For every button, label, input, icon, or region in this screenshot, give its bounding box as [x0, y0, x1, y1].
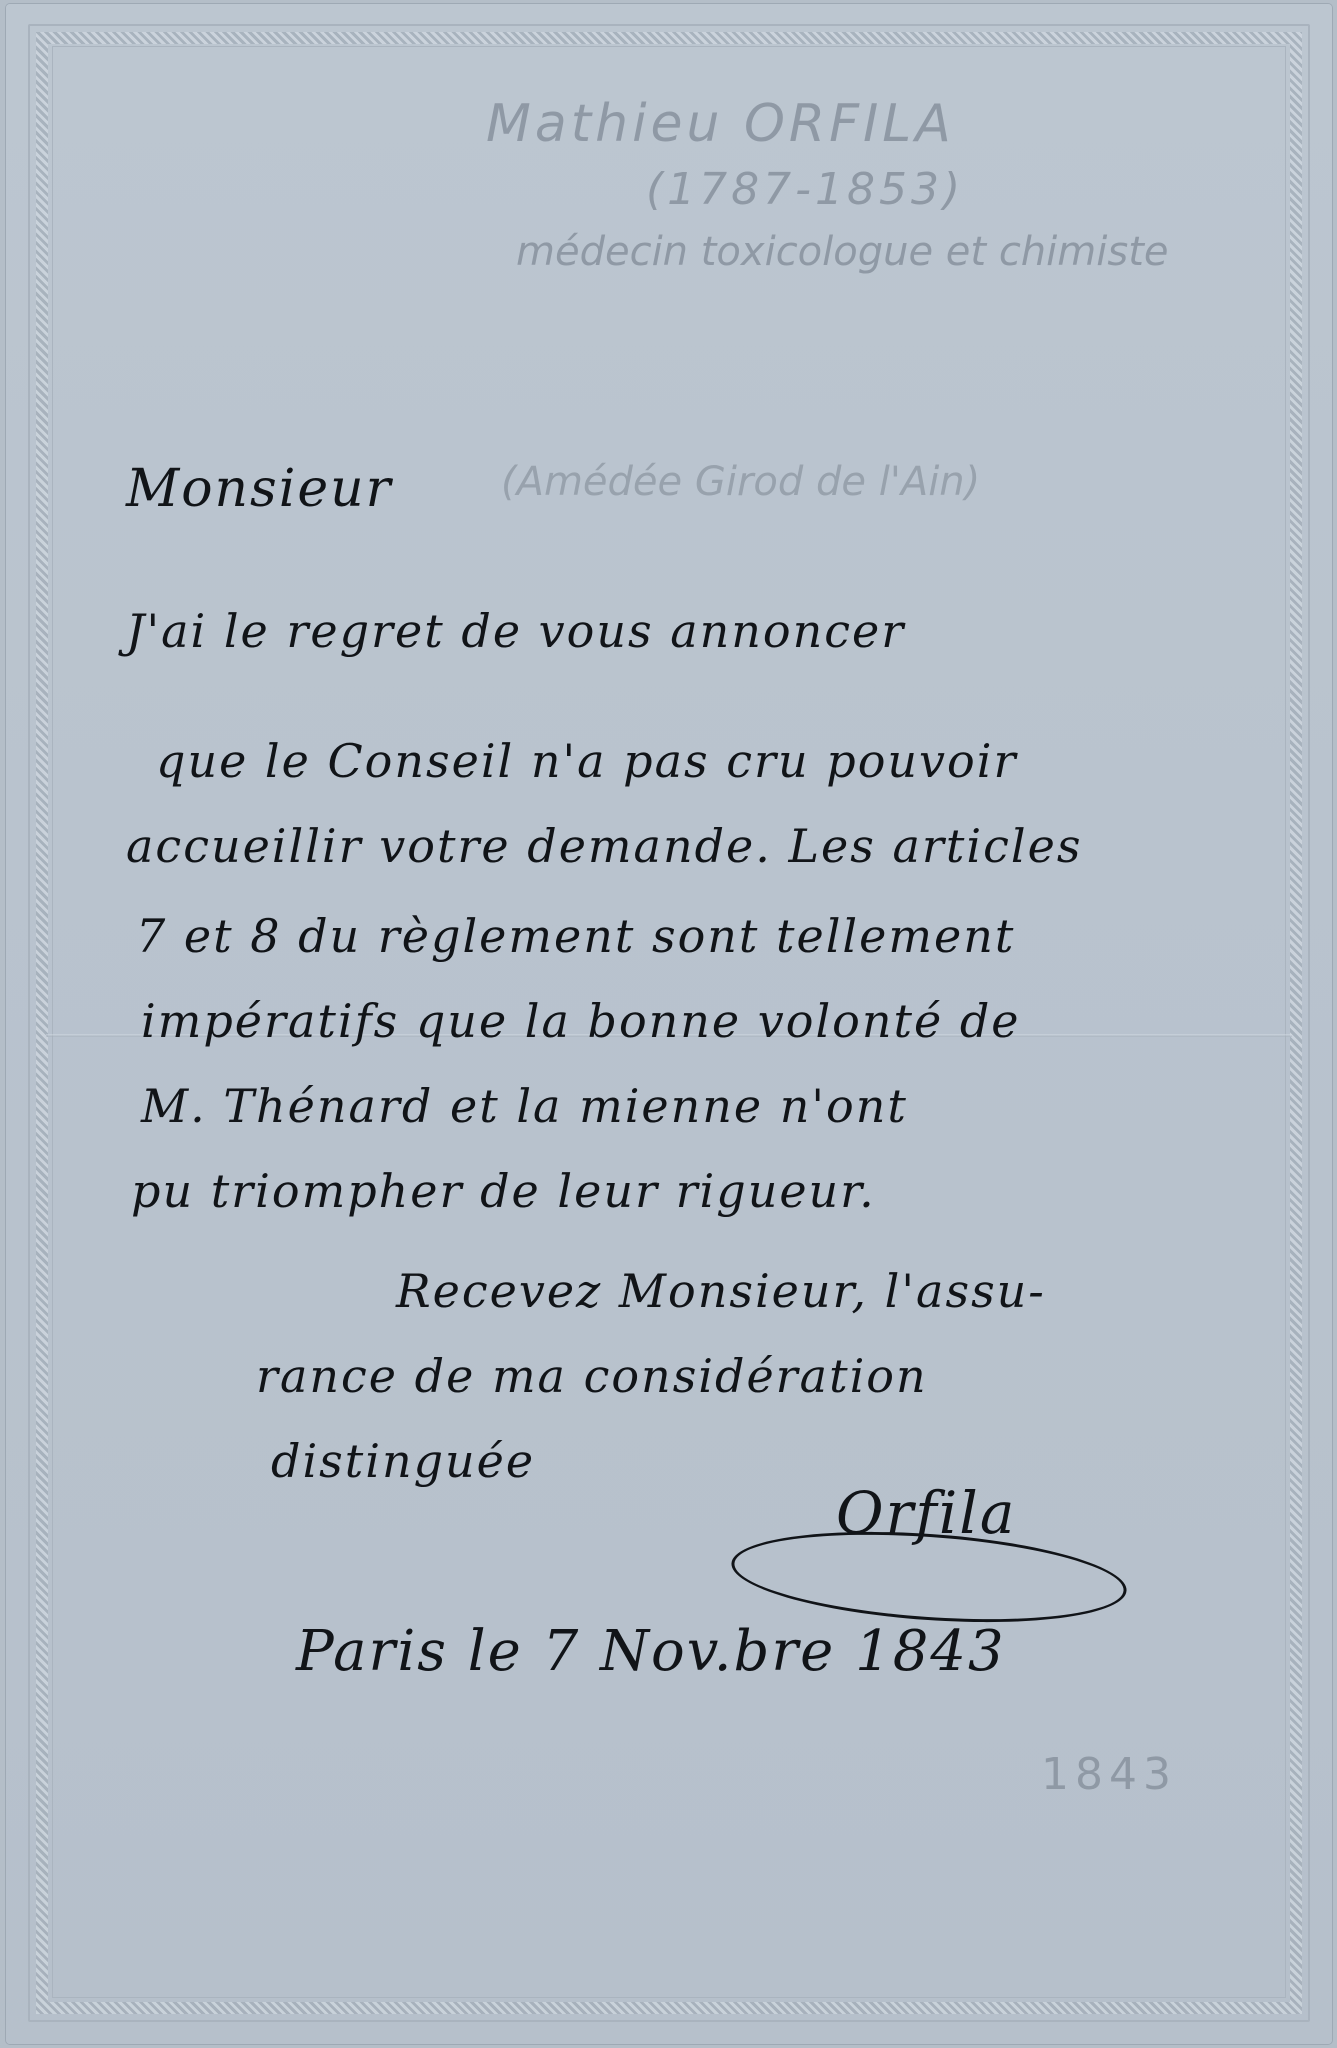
body-line: J'ai le regret de vous annoncer — [126, 604, 905, 658]
archival-role-note: médecin toxicologue et chimiste — [516, 229, 1168, 275]
archival-addressee-note: (Amédée Girod de l'Ain) — [501, 459, 980, 505]
archival-year-note: 1843 — [1041, 1749, 1177, 1800]
closing-line: distinguée — [271, 1434, 535, 1488]
salutation: Monsieur — [126, 459, 392, 519]
body-line: impératifs que la bonne volonté de — [141, 994, 1021, 1048]
letter-sheet: Mathieu ORFILA (1787-1853) médecin toxic… — [6, 4, 1332, 2044]
archival-dates-note: (1787-1853) — [646, 164, 964, 215]
closing-line: Recevez Monsieur, l'assu- — [396, 1264, 1046, 1318]
archival-name-note: Mathieu ORFILA — [486, 94, 955, 154]
closing-line: rance de ma considération — [256, 1349, 928, 1403]
body-line: pu triompher de leur rigueur. — [131, 1164, 876, 1218]
dateline: Paris le 7 Nov.bre 1843 — [296, 1619, 1006, 1684]
body-line: que le Conseil n'a pas cru pouvoir — [156, 734, 1017, 788]
body-line: accueillir votre demande. Les articles — [126, 819, 1082, 873]
body-line: M. Thénard et la mienne n'ont — [141, 1079, 908, 1133]
body-line: 7 et 8 du règlement sont tellement — [136, 909, 1015, 963]
